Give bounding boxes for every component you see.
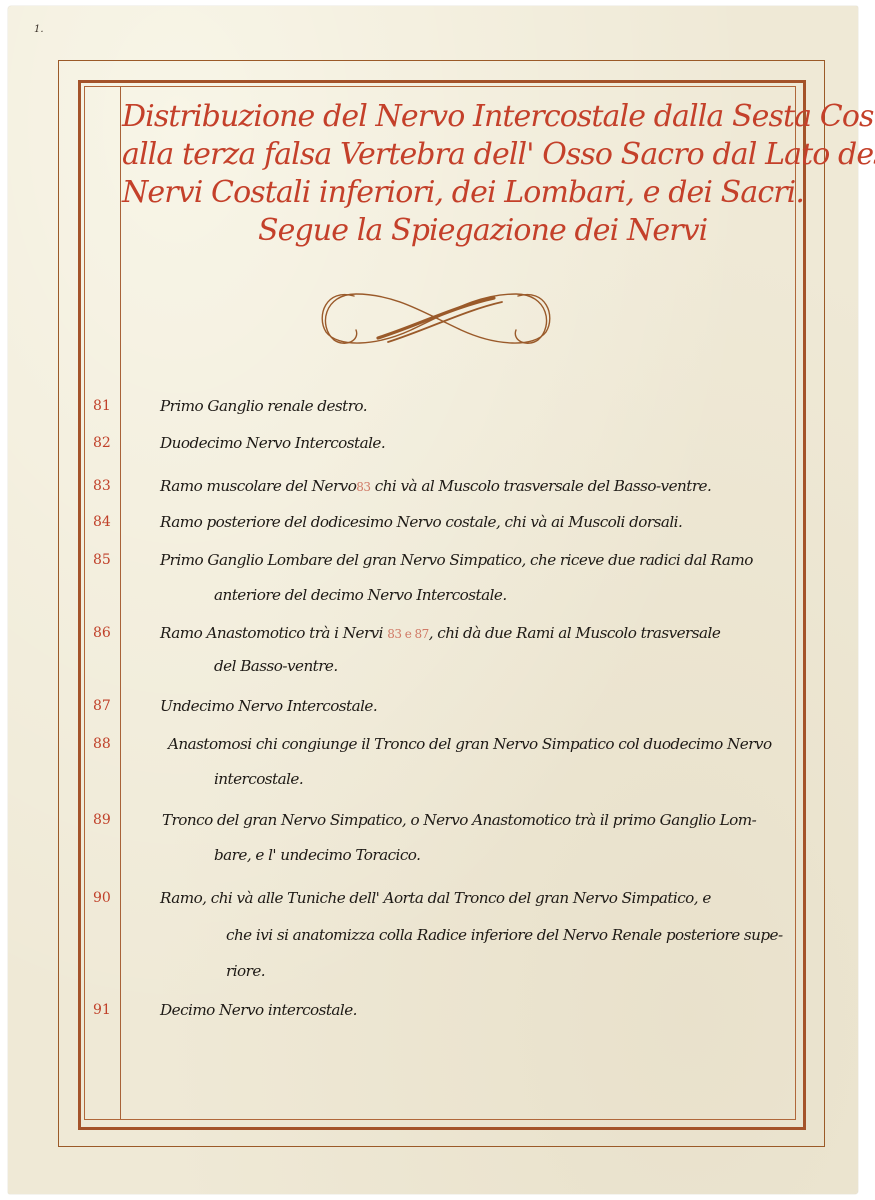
entry-text: Tronco del gran Nervo Simpatico, o Nervo… (162, 810, 802, 830)
subtitle: Segue la Spiegazione dei Nervi (122, 212, 802, 250)
entry-number: 81 (93, 398, 123, 414)
entry-text: Primo Ganglio Lombare del gran Nervo Sim… (160, 550, 800, 570)
entry-text-part: Ramo Anastomotico trà i Nervi (160, 624, 387, 642)
title-line-2: alla terza falsa Vertebra dell' Osso Sac… (122, 136, 802, 174)
entry-number: 88 (93, 736, 123, 752)
page-title: Distribuzione del Nervo Intercostale dal… (122, 98, 802, 250)
entry-continuation: che ivi si anatomizza colla Radice infer… (226, 926, 783, 944)
entry-text: Ramo muscolare del Nervo83 chi và al Mus… (160, 476, 800, 497)
entry-text-part: chi và al Muscolo trasversale del Basso-… (370, 477, 711, 495)
entry-continuation: del Basso-ventre. (214, 657, 338, 675)
entry-number: 84 (93, 514, 123, 530)
folio-number: 1. (34, 24, 44, 35)
entry-continuation: bare, e l' undecimo Toracico. (214, 846, 420, 864)
entry-number: 85 (93, 552, 123, 568)
cross-reference: 83 e 87 (387, 627, 428, 641)
entry-text-part: , chi dà due Rami al Muscolo trasversale (429, 624, 721, 642)
cross-reference: 83 (356, 480, 370, 494)
entry-number: 83 (93, 478, 123, 494)
entry-continuation: anteriore del decimo Nervo Intercostale. (214, 586, 507, 604)
entry-number: 86 (93, 625, 123, 641)
entry-text: Decimo Nervo intercostale. (160, 1000, 800, 1020)
title-line-1: Distribuzione del Nervo Intercostale dal… (122, 98, 802, 136)
entry-number: 91 (93, 1002, 123, 1018)
title-line-3: Nervi Costali inferiori, dei Lombari, e … (122, 174, 802, 212)
entry-continuation: riore. (226, 962, 265, 980)
entry-text: Primo Ganglio renale destro. (160, 396, 800, 416)
entry-number: 90 (93, 890, 123, 906)
number-margin-rule (120, 87, 121, 1119)
entry-number: 87 (93, 698, 123, 714)
entry-number: 89 (93, 812, 123, 828)
entry-text: Ramo, chi và alle Tuniche dell' Aorta da… (160, 888, 800, 908)
entry-continuation: intercostale. (214, 770, 303, 788)
calligraphic-flourish-icon (316, 286, 556, 350)
entry-text: Undecimo Nervo Intercostale. (160, 696, 800, 716)
entry-text: Duodecimo Nervo Intercostale. (160, 433, 800, 453)
entry-text: Anastomosi chi congiunge il Tronco del g… (168, 734, 808, 754)
entry-number: 82 (93, 435, 123, 451)
entry-text: Ramo posteriore del dodicesimo Nervo cos… (160, 512, 800, 532)
entry-text: Ramo Anastomotico trà i Nervi 83 e 87, c… (160, 623, 800, 644)
entry-text-part: Ramo muscolare del Nervo (160, 477, 356, 495)
